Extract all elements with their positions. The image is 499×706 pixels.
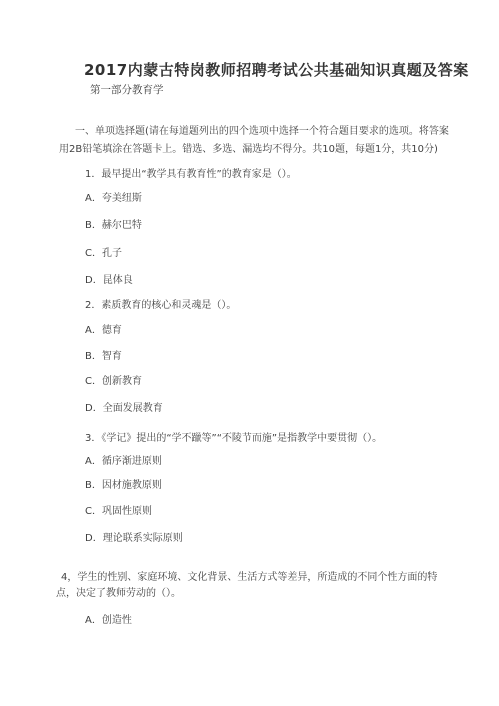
question-2-stem: 2．素质教育的核心和灵魂是（）。: [85, 298, 236, 314]
question-3-option-c: C．巩固性原则: [85, 504, 152, 520]
question-3-stem: 3．《学记》提出的“学不躐等”“不陵节而施”是指教学中要贯彻（）。: [85, 431, 382, 447]
question-1-option-c: C．孔子: [85, 246, 122, 262]
question-3-option-a: A．循序渐进原则: [85, 454, 162, 470]
question-1-option-d: D．昆体良: [85, 273, 133, 289]
question-3-option-b: B．因材施教原则: [85, 478, 162, 494]
section-heading: 第一部分教育学: [90, 83, 164, 98]
page-title: 2017内蒙古特岗教师招聘考试公共基础知识真题及答案: [84, 60, 469, 80]
section-instructions: 一、单项选择题(请在每道题列出的四个选项中选择一个符合题目要求的选项。将答案用2…: [59, 123, 451, 159]
question-2-option-d: D．全面发展教育: [85, 401, 163, 417]
question-2-option-a: A．德育: [85, 323, 122, 339]
question-2-option-b: B．智育: [85, 349, 122, 365]
question-1-option-a: A．夸美纽斯: [85, 191, 142, 207]
question-3-option-d: D．理论联系实际原则: [85, 531, 183, 547]
question-4-stem: 4，学生的性别、家庭环境、文化背景、生活方式等差异，所造成的不同个性方面的特点，…: [56, 570, 448, 602]
question-4-option-a: A．创造性: [85, 613, 132, 629]
exam-document-page: 2017内蒙古特岗教师招聘考试公共基础知识真题及答案 第一部分教育学 一、单项选…: [0, 0, 499, 706]
question-1-stem: 1．最早提出“教学具有教育性”的教育家是（）。: [85, 167, 297, 183]
question-2-option-c: C．创新教育: [85, 374, 142, 390]
question-1-option-b: B．赫尔巴特: [85, 218, 142, 234]
